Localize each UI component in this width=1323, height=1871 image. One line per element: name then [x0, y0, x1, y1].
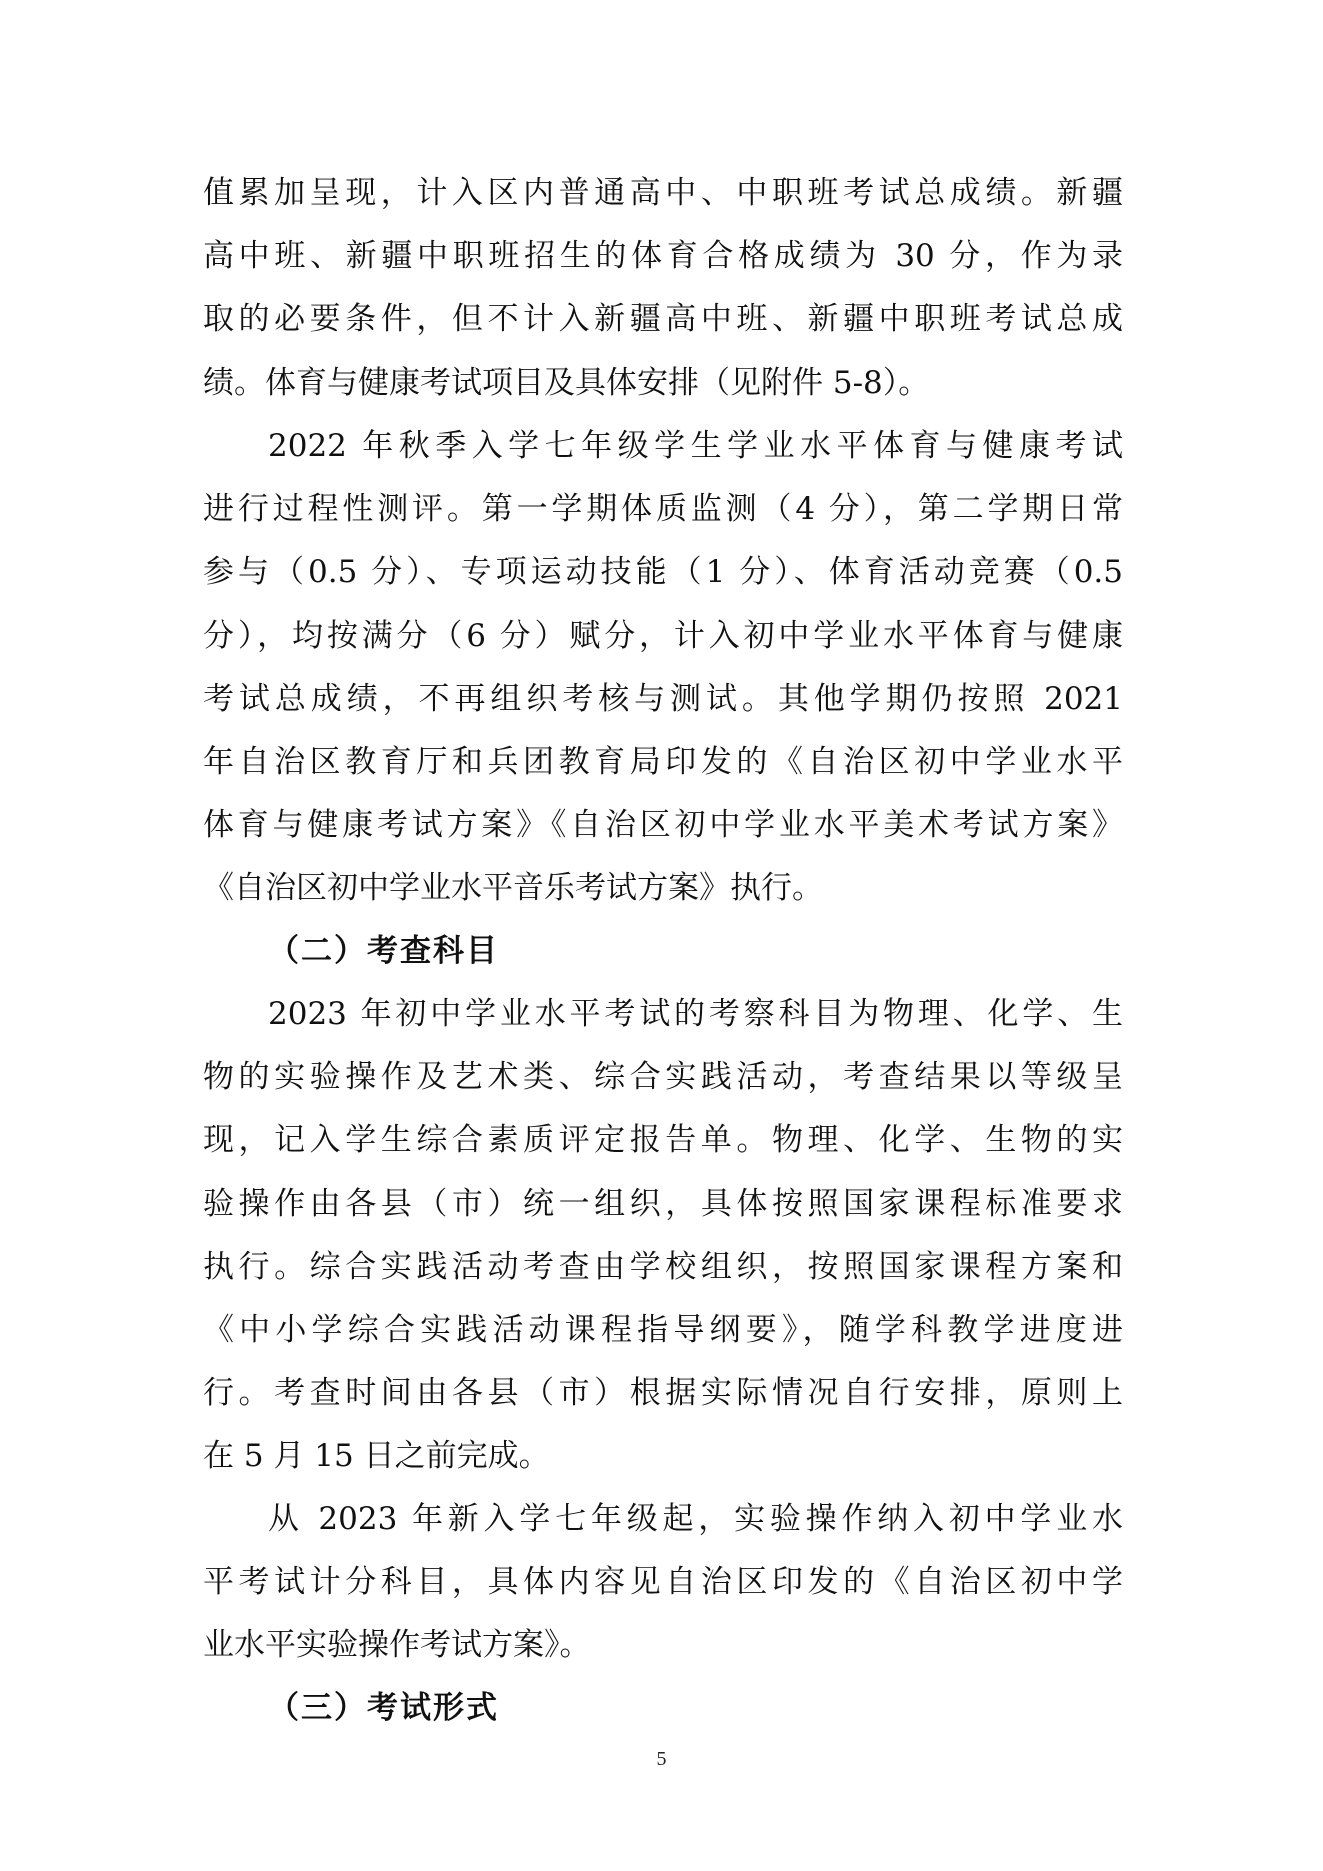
- page-number: 5: [0, 1748, 1323, 1771]
- paragraph-first-line: 2022 年秋季入学七年级学生学业水平体育与健康考试: [268, 424, 1123, 468]
- body-text-line: 值累加呈现，计入区内普通高中、中职班考试总成绩。新疆: [203, 171, 1123, 215]
- body-text-line: 绩。体育与健康考试项目及具体安排（见附件 5-8）。: [203, 361, 1123, 405]
- body-text-line: 验操作由各县（市）统一组织，具体按照国家课程标准要求: [203, 1182, 1123, 1226]
- body-text-line: 《中小学综合实践活动课程指导纲要》，随学科教学进度进: [203, 1308, 1123, 1352]
- document-page: 值累加呈现，计入区内普通高中、中职班考试总成绩。新疆 高中班、新疆中职班招生的体…: [0, 0, 1323, 1871]
- paragraph-first-line: 2023 年初中学业水平考试的考察科目为物理、化学、生: [268, 992, 1123, 1036]
- section-heading-exam-subjects: （二）考查科目: [268, 929, 499, 973]
- body-text-line: 高中班、新疆中职班招生的体育合格成绩为 30 分，作为录: [203, 234, 1123, 278]
- paragraph-first-line: 从 2023 年新入学七年级起，实验操作纳入初中学业水: [268, 1497, 1123, 1541]
- body-text-line: 体育与健康考试方案》《自治区初中学业水平美术考试方案》: [203, 803, 1123, 847]
- body-text-line: 参与（0.5 分）、专项运动技能（1 分）、体育活动竞赛（0.5: [203, 550, 1123, 594]
- body-text-line: 执行。综合实践活动考查由学校组织，按照国家课程方案和: [203, 1245, 1123, 1289]
- body-text-line: 业水平实验操作考试方案》。: [203, 1623, 1123, 1667]
- body-text-line: 现，记入学生综合素质评定报告单。物理、化学、生物的实: [203, 1118, 1123, 1162]
- body-text-line: 分），均按满分（6 分）赋分，计入初中学业水平体育与健康: [203, 614, 1123, 658]
- body-text-line: 物的实验操作及艺术类、综合实践活动，考查结果以等级呈: [203, 1055, 1123, 1099]
- body-text-line: 行。考查时间由各县（市）根据实际情况自行安排，原则上: [203, 1371, 1123, 1415]
- body-text-line: 进行过程性测评。第一学期体质监测（4 分），第二学期日常: [203, 487, 1123, 531]
- body-text-line: 《自治区初中学业水平音乐考试方案》执行。: [203, 866, 1123, 910]
- body-text-line: 平考试计分科目，具体内容见自治区印发的《自治区初中学: [203, 1560, 1123, 1604]
- body-text-line: 取的必要条件，但不计入新疆高中班、新疆中职班考试总成: [203, 297, 1123, 341]
- body-text-line: 在 5 月 15 日之前完成。: [203, 1434, 1123, 1478]
- body-text-line: 考试总成绩，不再组织考核与测试。其他学期仍按照 2021: [203, 677, 1123, 721]
- section-heading-exam-format: （三）考试形式: [268, 1686, 499, 1730]
- body-text-line: 年自治区教育厅和兵团教育局印发的《自治区初中学业水平: [203, 740, 1123, 784]
